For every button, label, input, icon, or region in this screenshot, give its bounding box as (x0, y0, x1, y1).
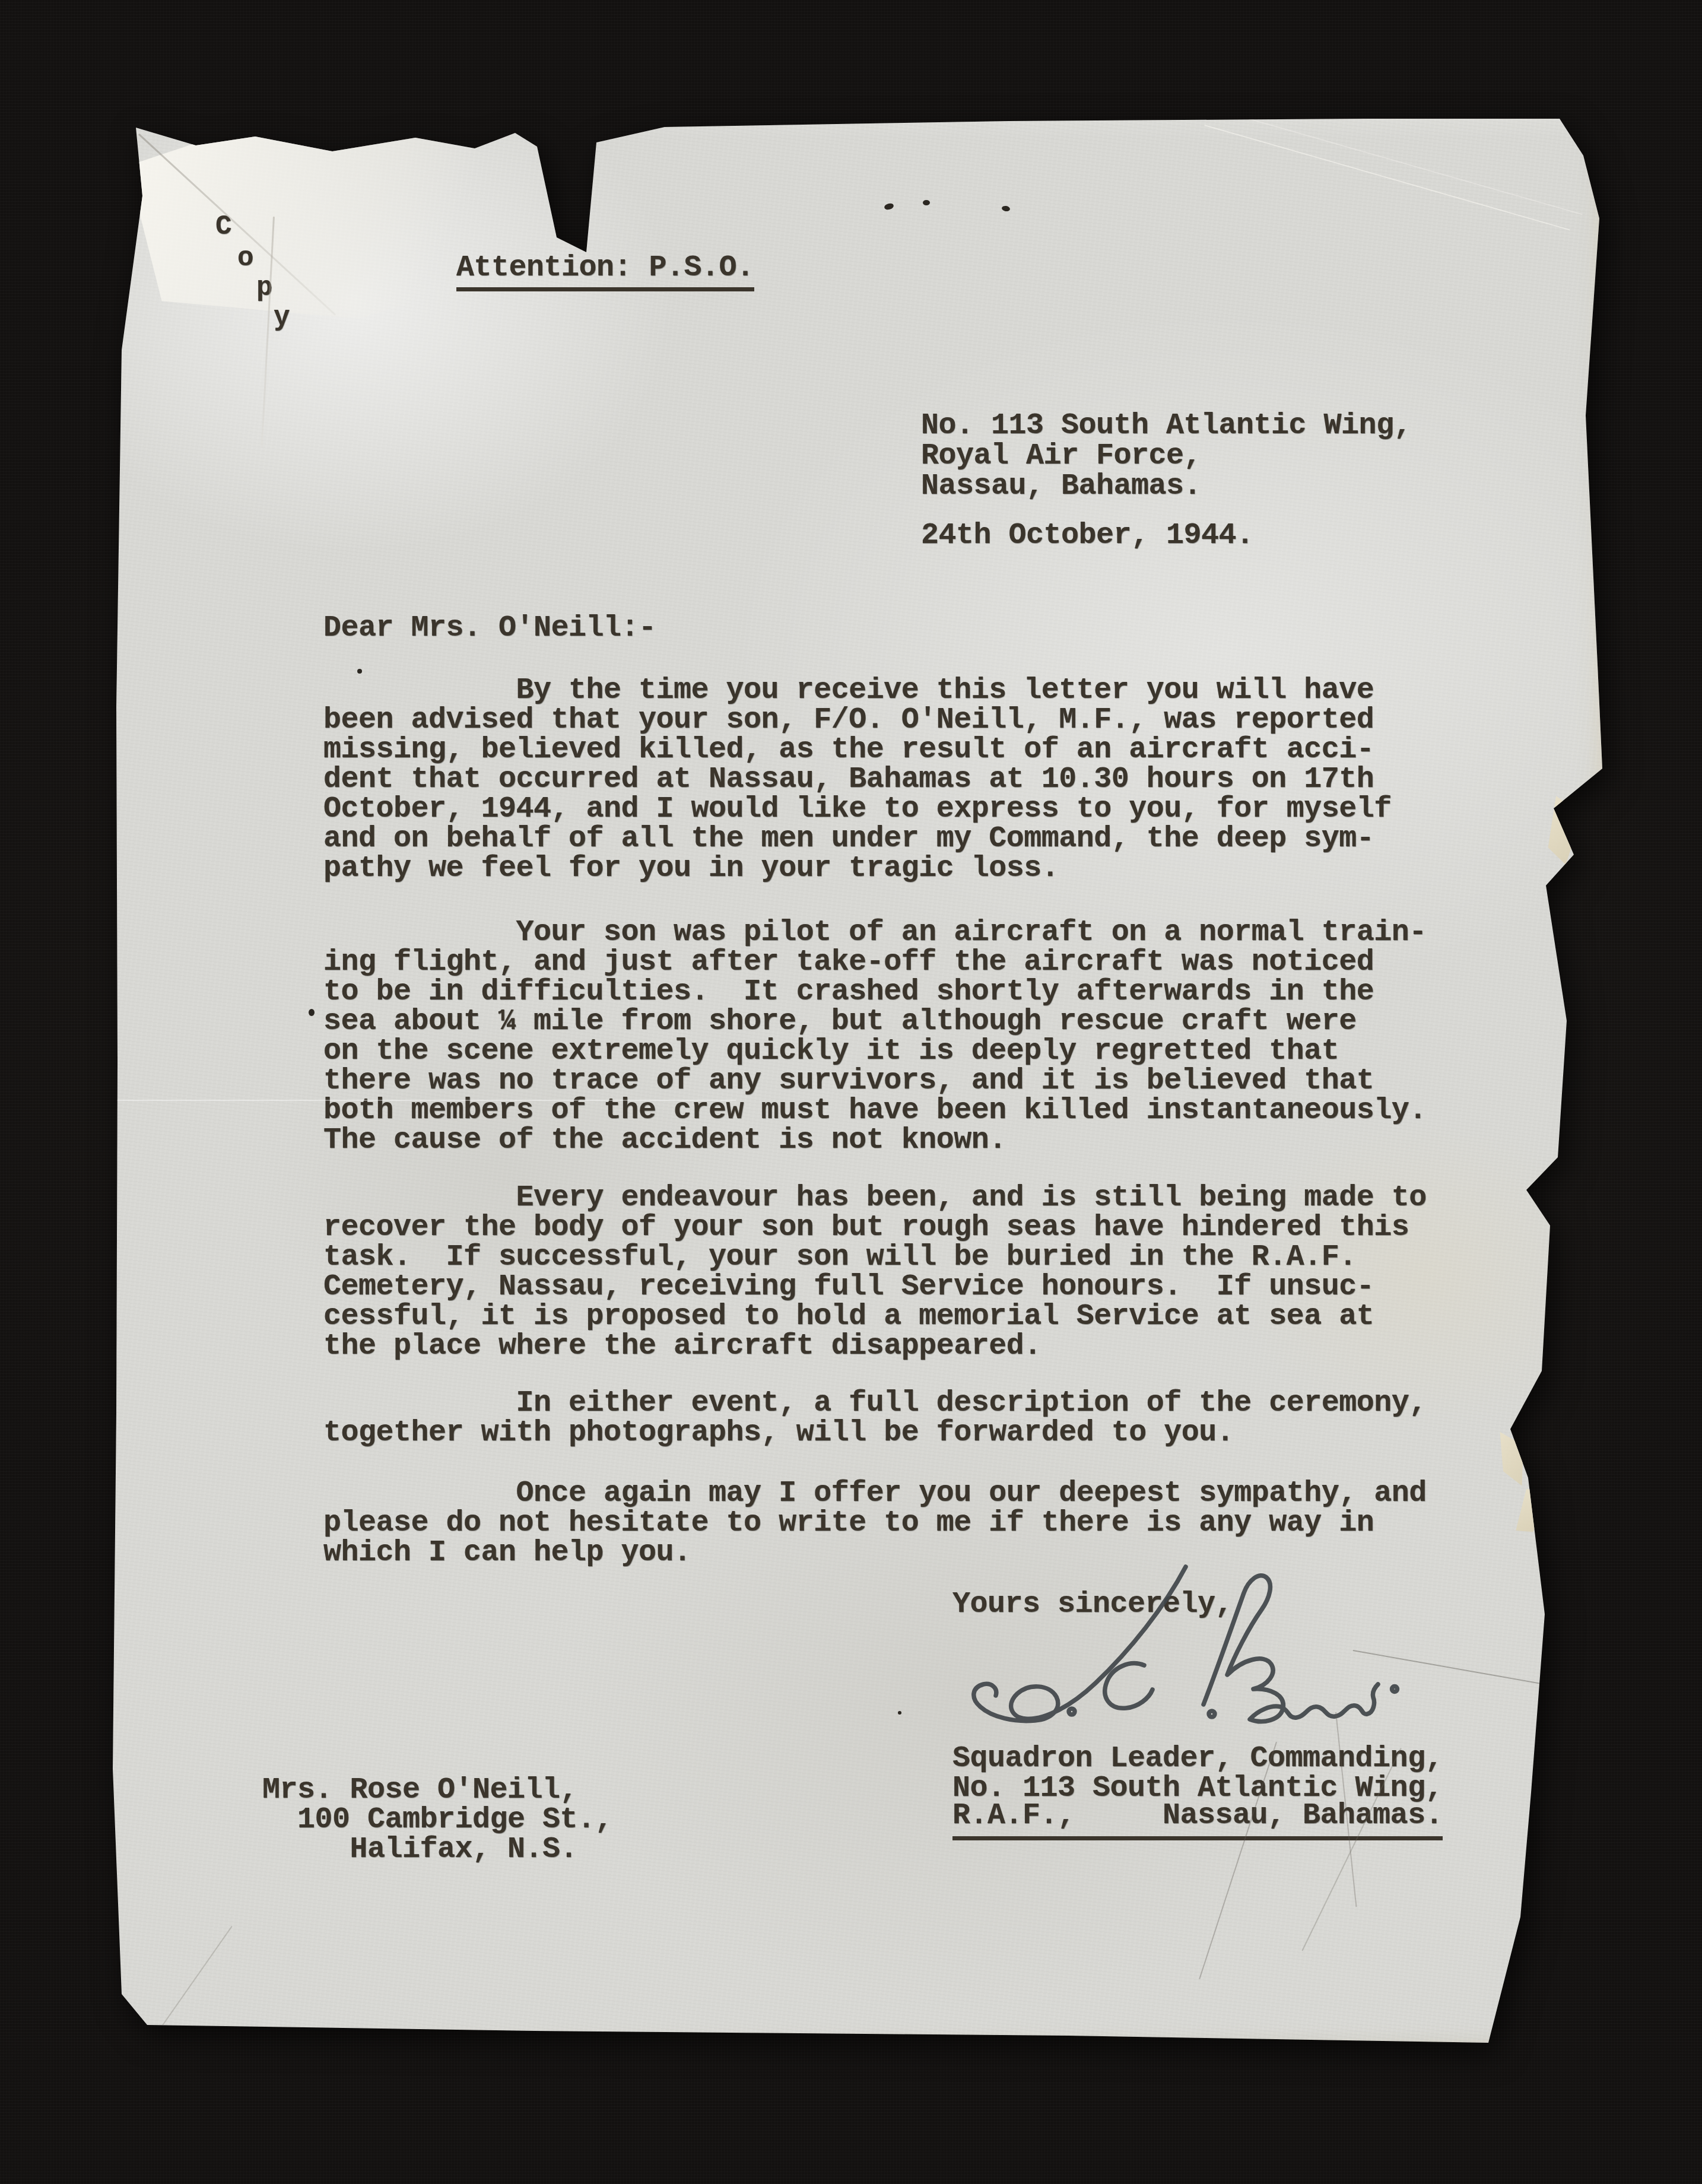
paragraph-1: By the time you receive this letter you … (323, 676, 1392, 884)
torn-edge-shard (1512, 1484, 1548, 1536)
ink-speck (309, 1009, 315, 1016)
paper-hole (923, 200, 930, 205)
crease-line (1240, 116, 1582, 215)
copy-marker-letter-p: p (256, 273, 272, 303)
date-line: 24th October, 1944. (921, 521, 1254, 551)
signature-surname-stroke (1204, 1576, 1378, 1722)
crease-line (138, 134, 336, 316)
copy-marker-letter-c: C (215, 212, 231, 242)
torn-edge-shard (1498, 1429, 1529, 1488)
copy-marker-letter-y: y (274, 303, 290, 332)
ink-speck (357, 669, 362, 674)
crease-line (1204, 125, 1570, 230)
paragraph-2: Your son was pilot of an aircraft on a n… (323, 918, 1427, 1156)
paragraph-4: In either event, a full description of t… (323, 1389, 1427, 1448)
signer-title: Squadron Leader, Commanding, No. 113 Sou… (952, 1744, 1443, 1804)
signature-dot-3 (1392, 1687, 1398, 1692)
signature-c-stroke (1105, 1664, 1152, 1709)
scan-background: { "colors": { "page_background": "#13111… (0, 0, 1702, 2184)
signature-initial-stroke (974, 1567, 1186, 1721)
signature-dot-1 (1069, 1709, 1075, 1715)
signer-location-text: R.A.F., Nassau, Bahamas. (952, 1799, 1443, 1840)
ink-speck (898, 1711, 901, 1715)
torn-edge-shard (1542, 796, 1585, 866)
attention-heading-text: Attention: P.S.O. (456, 251, 754, 291)
paper-hole (884, 202, 894, 211)
paper-hole (1001, 205, 1010, 212)
signature (926, 1543, 1424, 1745)
paragraph-3: Every endeavour has been, and is still b… (323, 1183, 1427, 1361)
scratch-line (129, 1926, 233, 2072)
attention-heading: Attention: P.S.O. (456, 253, 754, 283)
salutation: Dear Mrs. O'Neill:- (323, 614, 656, 643)
letter-paper: C o p y Attention: P.S.O. No. 113 South … (77, 110, 1608, 2050)
tear-crease-line (261, 217, 275, 448)
copy-marker-letter-o: o (237, 243, 253, 273)
recipient-address: Mrs. Rose O'Neill, 100 Cambridge St., Ha… (262, 1776, 612, 1865)
signature-dot-2 (1209, 1711, 1215, 1717)
signer-location: R.A.F., Nassau, Bahamas. (952, 1801, 1443, 1831)
sender-address: No. 113 South Atlantic Wing, Royal Air F… (921, 411, 1411, 501)
letter-scan: C o p y Attention: P.S.O. No. 113 South … (0, 0, 1702, 2184)
